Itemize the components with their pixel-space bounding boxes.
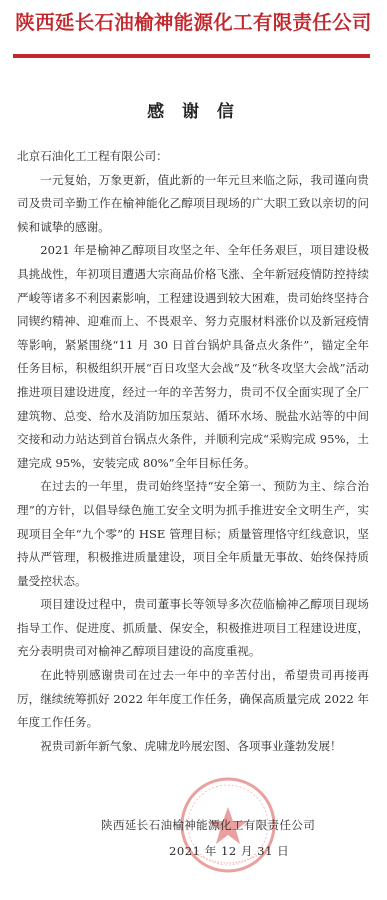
letterhead-company-name: 陕西延长石油榆神能源化工有限责任公司 [0, 6, 387, 40]
signature-company: 陕西延长石油榆神能源化工有限责任公司 [101, 817, 315, 833]
letter-body: 北京石油化工工程有限公司： 一元复始，万象更新，值此新的一年元旦来临之际，我司谨… [17, 145, 369, 758]
letter-salutation: 北京石油化工工程有限公司： [17, 145, 369, 169]
letter-paragraph: 2021 年是榆神乙醇项目攻坚之年、全年任务艰巨，项目建设极具挑战性，年初项目遭… [17, 239, 369, 475]
letter-paragraph: 在此特别感谢贵司在过去一年中的辛苦付出，希望贵司再接再厉，继续统筹抓好 2022… [17, 664, 369, 735]
letter-paragraph: 在过去的一年里，贵司始终坚持“安全第一、预防为主、综合治理”的方针，以倡导绿色施… [17, 475, 369, 593]
letter-paragraph: 一元复始，万象更新，值此新的一年元旦来临之际，我司谨向贵司及贵司辛勤工作在榆神能… [17, 169, 369, 240]
letter-closing-wish: 祝贵司新年新气象、虎啸龙吟展宏图、各项事业蓬勃发展！ [17, 735, 369, 759]
signature-date: 2021 年 12 月 31 日 [169, 843, 289, 859]
letter-title: 感 谢 信 [0, 97, 387, 122]
letter-paragraph: 项目建设过程中，贵司董事长等领导多次莅临榆神乙醇项目现场指导工作、促进度、抓质量… [17, 593, 369, 664]
letterhead-divider [13, 54, 370, 58]
letterhead: 陕西延长石油榆神能源化工有限责任公司 [0, 6, 387, 40]
